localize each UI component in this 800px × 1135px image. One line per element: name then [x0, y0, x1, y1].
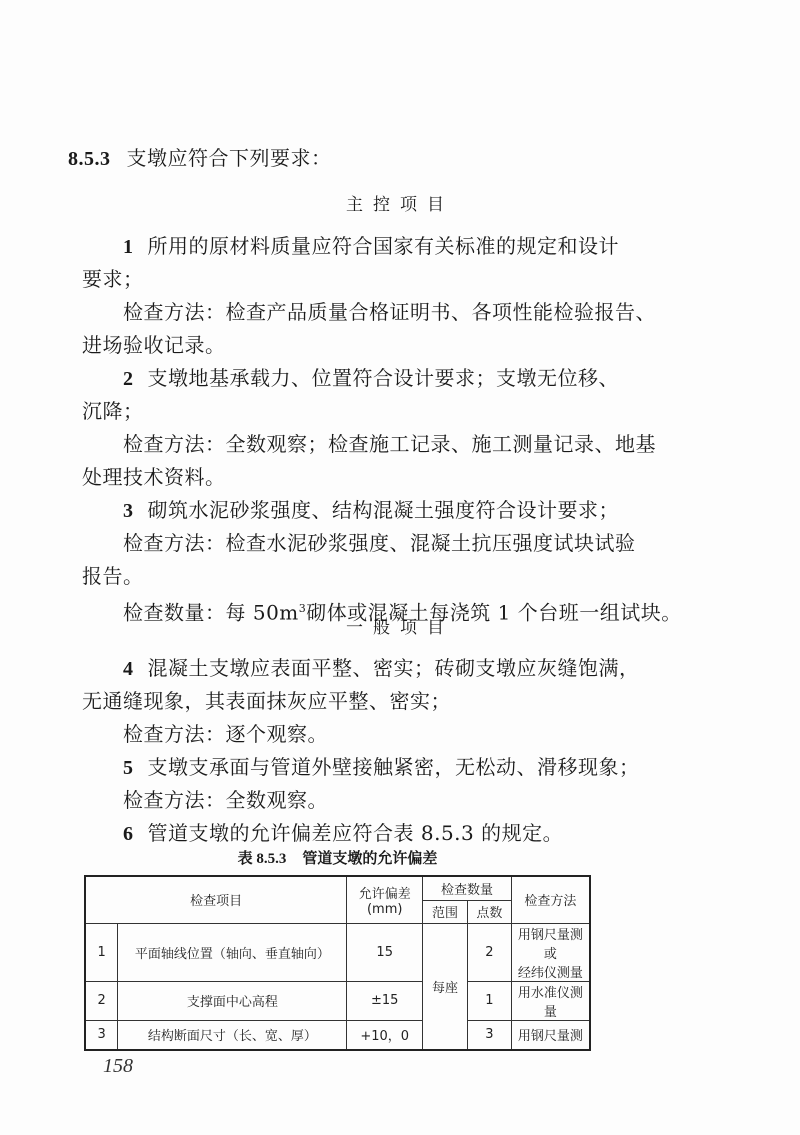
section-number: 8.5.3	[68, 148, 111, 170]
item-number: 6	[123, 823, 134, 845]
tolerance-table: 检查项目 允许偏差 (mm) 检查数量 检查方法 范围 点数 1 平面轴线位置（…	[84, 875, 591, 1051]
row-item: 支撑面中心高程	[118, 981, 347, 1020]
item-6-line1: 6管道支墩的允许偏差应符合表 8.5.3 的规定。	[123, 820, 563, 847]
row-method-line1: 用钢尺量测或	[514, 924, 587, 962]
item-1-method-line2: 进场验收记录。	[82, 332, 226, 358]
item-2-method-line2: 处理技术资料。	[82, 464, 226, 490]
item-text: 支墩支承面与管道外壁接触紧密，无松动、滑移现象；	[148, 755, 640, 779]
header-tolerance-unit: (mm)	[349, 902, 420, 917]
item-4-line1: 4混凝土支墩应表面平整、密实；砖砌支墩应灰缝饱满，	[123, 655, 640, 682]
item-number: 5	[123, 757, 134, 779]
row-points: 3	[467, 1020, 511, 1050]
row-points: 1	[467, 981, 511, 1020]
table-row: 1 平面轴线位置（轴向、垂直轴向） 15 每座 2 用钢尺量测或 经纬仪测量	[85, 923, 590, 981]
item-3-method-line1: 检查方法：检查水泥砂浆强度、混凝土抗压强度试块试验	[123, 530, 636, 556]
table-row: 3 结构断面尺寸（长、宽、厚） +10，0 3 用钢尺量测	[85, 1020, 590, 1050]
item-1-line1: 1所用的原材料质量应符合国家有关标准的规定和设计	[123, 233, 619, 260]
item-4-line2: 无通缝现象，其表面抹灰应平整、密实；	[82, 688, 451, 714]
row-method: 用钢尺量测或 经纬仪测量	[511, 923, 590, 981]
item-3-method-line2: 报告。	[82, 563, 144, 589]
item-2-line1: 2支墩地基承载力、位置符合设计要求；支墩无位移、	[123, 365, 619, 392]
item-1-line2: 要求；	[82, 266, 144, 292]
header-tolerance-line1: 允许偏差	[349, 883, 420, 902]
item-number: 1	[123, 236, 134, 258]
header-points: 点数	[467, 900, 511, 923]
row-number: 3	[85, 1020, 118, 1050]
row-item: 平面轴线位置（轴向、垂直轴向）	[118, 923, 347, 981]
item-text: 砌筑水泥砂浆强度、结构混凝土强度符合设计要求；	[148, 498, 620, 522]
table-caption-number: 表 8.5.3	[238, 851, 287, 867]
row-range-merged: 每座	[423, 923, 468, 1050]
table-caption-title: 管道支墩的允许偏差	[302, 849, 437, 867]
section-title: 支墩应符合下列要求：	[127, 146, 332, 170]
item-text: 管道支墩的允许偏差应符合表 8.5.3 的规定。	[148, 821, 564, 845]
header-method: 检查方法	[511, 876, 590, 923]
row-tolerance: ±15	[347, 981, 423, 1020]
item-1-method-line1: 检查方法：检查产品质量合格证明书、各项性能检验报告、	[123, 299, 656, 325]
header-quantity: 检查数量	[423, 876, 512, 900]
header-range: 范围	[423, 900, 468, 923]
row-item: 结构断面尺寸（长、宽、厚）	[118, 1020, 347, 1050]
row-tolerance: 15	[347, 923, 423, 981]
item-2-method-line1: 检查方法：全数观察；检查施工记录、施工测量记录、地基	[123, 431, 656, 457]
row-number: 2	[85, 981, 118, 1020]
item-3-line1: 3砌筑水泥砂浆强度、结构混凝土强度符合设计要求；	[123, 497, 619, 524]
section-heading: 8.5.3支墩应符合下列要求：	[68, 145, 332, 172]
table-header-row: 检查项目 允许偏差 (mm) 检查数量 检查方法	[85, 876, 590, 900]
item-text: 支墩地基承载力、位置符合设计要求；支墩无位移、	[148, 366, 620, 390]
row-number: 1	[85, 923, 118, 981]
item-5-line1: 5支墩支承面与管道外壁接触紧密，无松动、滑移现象；	[123, 754, 640, 781]
item-text: 所用的原材料质量应符合国家有关标准的规定和设计	[148, 234, 620, 258]
table-caption: 表 8.5.3管道支墩的允许偏差	[84, 847, 591, 868]
row-method: 用水准仪测量	[511, 981, 590, 1020]
table-row: 2 支撑面中心高程 ±15 1 用水准仪测量	[85, 981, 590, 1020]
item-text: 混凝土支墩应表面平整、密实；砖砌支墩应灰缝饱满，	[148, 656, 640, 680]
row-tolerance: +10，0	[347, 1020, 423, 1050]
row-method: 用钢尺量测	[511, 1020, 590, 1050]
row-method-line2: 经纬仪测量	[514, 962, 587, 981]
item-2-line2: 沉降；	[82, 398, 144, 424]
item-number: 3	[123, 500, 134, 522]
item-number: 2	[123, 368, 134, 390]
row-points: 2	[467, 923, 511, 981]
item-5-method-line1: 检查方法：全数观察。	[123, 787, 328, 813]
main-control-heading: 主控项目	[0, 190, 800, 215]
item-number: 4	[123, 658, 134, 680]
item-4-method-line1: 检查方法：逐个观察。	[123, 721, 328, 747]
header-tolerance: 允许偏差 (mm)	[347, 876, 423, 923]
page-number: 158	[103, 1055, 133, 1078]
header-item: 检查项目	[85, 876, 347, 923]
general-heading: 一般项目	[0, 613, 800, 638]
